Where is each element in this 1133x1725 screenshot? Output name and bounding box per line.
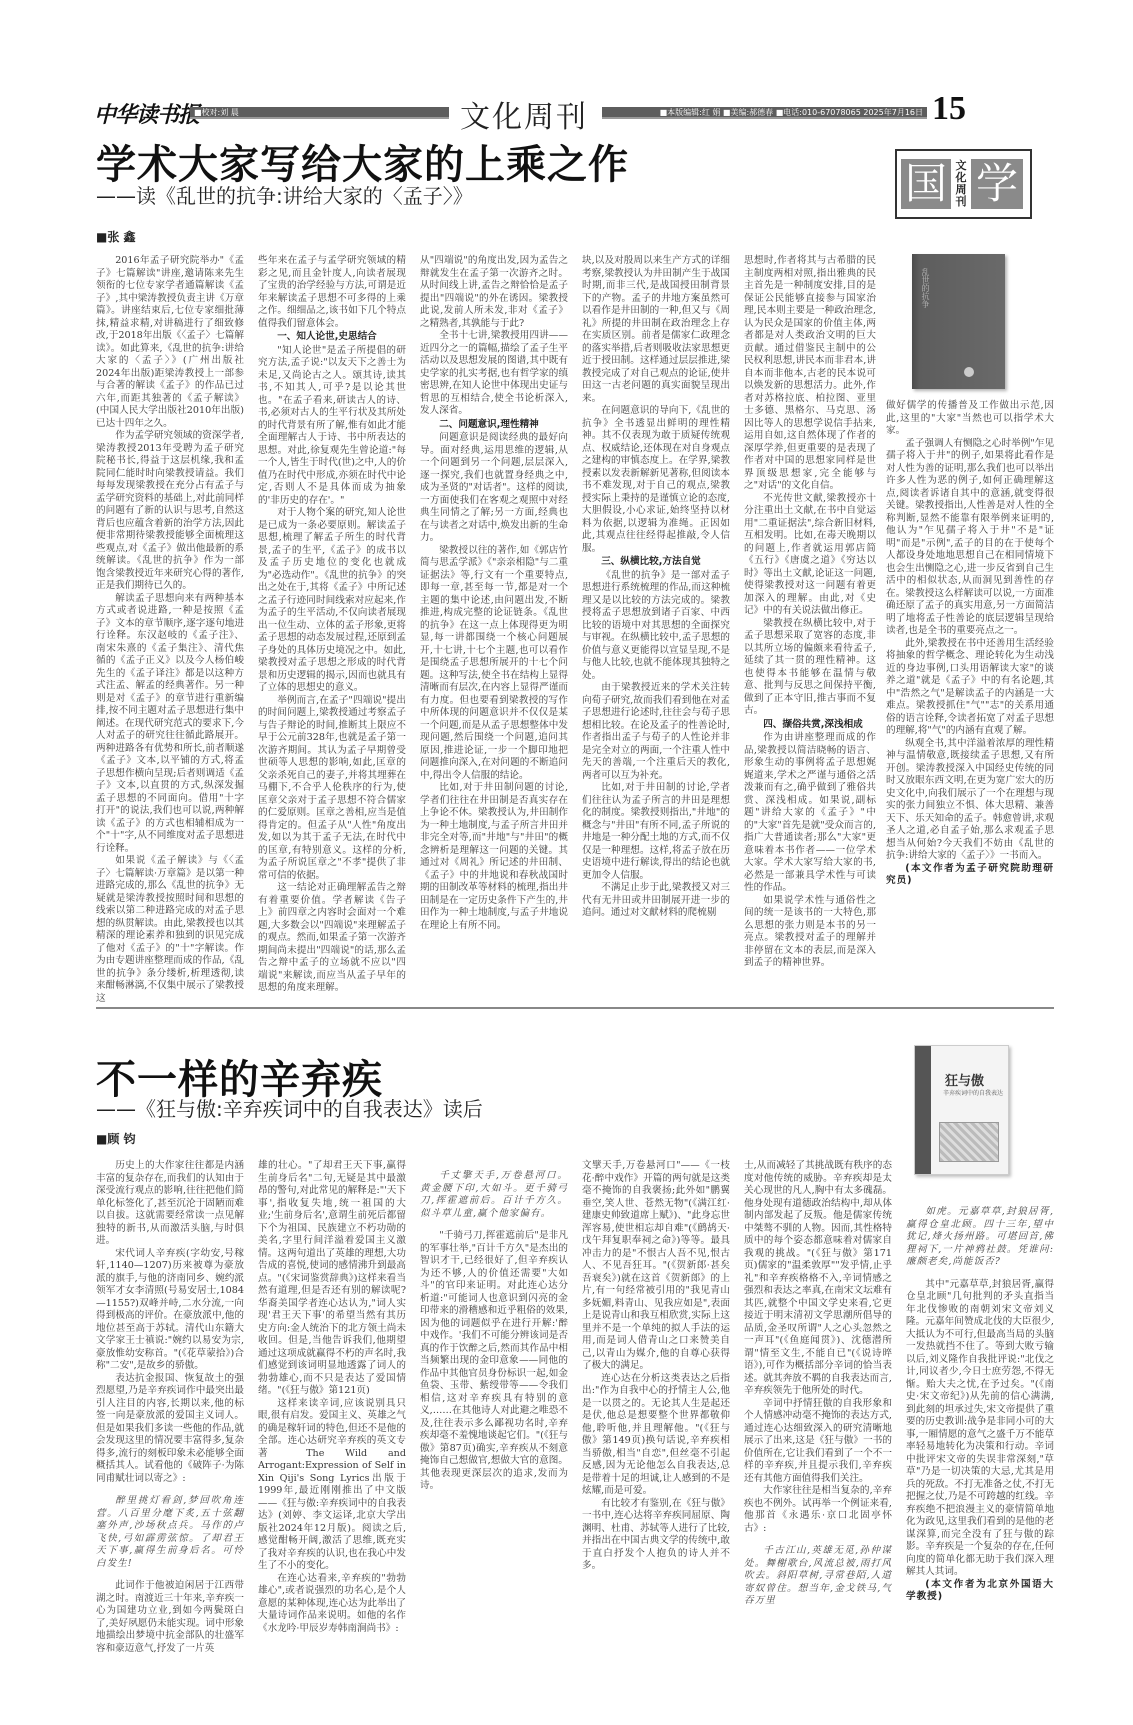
- book-cover-kuangyuao: 狂与傲 辛弃疾词中的自我表达: [914, 1045, 1009, 1175]
- article1-subhead: ——读《乱世的抗争:讲给大家的〈孟子〉》: [96, 180, 473, 209]
- logo-mid-char: 刊: [956, 196, 967, 208]
- paragraph: 《乱世的抗争》是一部对孟子思想进行系统梳理的作品,而这种梳理又是以比较的方法完成…: [582, 570, 730, 683]
- book-cover-pattern: [939, 1122, 999, 1162]
- paragraph: 不满足止步于此,梁教授又对三代有无井田或井田制展开进一步的追问。通过对文献材料的…: [582, 882, 730, 920]
- paragraph: 解读孟子思想向来有两种基本方式或者说进路,一种是按照《孟子》文本的章节顺序,逐字…: [96, 593, 244, 856]
- proofreader-bar: ■校对:刘 晨: [190, 107, 449, 119]
- logo-middle-text: 文 化 周 刊: [953, 160, 969, 208]
- masthead: 中华读书报 ■校对:刘 晨 文化周刊 ■本版编辑:红 娟 ■美编:郝德春 ■电话…: [94, 98, 1054, 128]
- poem-quote: 如虎。元嘉草草,封狼居胥,赢得仓皇北顾。四十三年,望中犹记,烽火扬州路。可堪回首…: [906, 1206, 1054, 1269]
- paragraph: 其中"元嘉草草,封狼居胥,赢得仓皇北顾"几句批判的矛头直指当年北伐惨败的南朝刘宋…: [906, 1279, 1054, 1579]
- paragraph: 纵观全书,其中洋溢着浓厚的理性精神与温情敬意,既接续孟子思想,又有所开创。梁涛教…: [886, 738, 1054, 863]
- book-cover-luanshi: 乱世的抗争: [912, 254, 1005, 389]
- book-cover-title: 乱世的抗争: [920, 268, 931, 308]
- poem-quote: 千丈擎天手,万卷悬河口。黄金腰下印,大如斗。更千骑弓刀,挥霍遮前后。百计千方久。…: [420, 1170, 568, 1220]
- paragraph: 比如,对于井田制的讨论,学者们往往认为孟子所言的井田是理想化的制度。梁教授则指出…: [582, 782, 730, 882]
- paragraph: 表达抗金报国、恢复故土的强烈愿望,乃是辛弃疾词作中最突出最引人注目的内容,长期以…: [96, 1373, 244, 1486]
- article1-byline: ■张 鑫: [96, 228, 136, 245]
- paragraph: 做好儒学的传播普及工作做出示范,因此,这里的"大家"当然也可以指学术大家。: [886, 400, 1054, 438]
- paragraph: 块,以及对殷周以来生产方式的详细考察,梁教授认为井田制产生于战国时期,而非三代,…: [582, 255, 730, 405]
- author-note: (本文作者为北京外国语大学教授): [906, 1579, 1054, 1604]
- logo-char-guo: 国: [901, 159, 951, 209]
- paragraph: 连心达在分析这类表达之后指出:"作为自我中心的抒情主人公,他是一以贯之的。无论其…: [582, 1373, 730, 1498]
- article2-column-5: 士,从而减轻了其挑战既有秩序的态度对他传统的威胁。辛弃疾却是太关心现世的凡人,胸…: [744, 1160, 892, 1618]
- paragraph: 这一结论对正确理解孟告之辩有着重要价值。学者解读《告子上》前四章之内容时会面对一…: [258, 882, 406, 995]
- paragraph: 有比较才有鉴别,在《狂与傲》一书中,连心达将辛弃疾同屈原、陶渊明、杜甫、苏轼等人…: [582, 1498, 730, 1573]
- newspaper-logo: 中华读书报: [94, 98, 199, 129]
- paragraph: 大作家往往是相当复杂的,辛弃疾也不例外。试再举一个例证来看,他那首《永遇乐·京口…: [744, 1485, 892, 1535]
- book-cover-subtitle: 辛弃疾词中的自我表达: [943, 1088, 1003, 1097]
- paragraph: 梁教授以往的著作,如《郭店竹简与思孟学派》《"亲亲相隐"与二重证据法》等,行文有…: [420, 545, 568, 783]
- paragraph: 2016年孟子研究院举办"《孟子》七篇解读"讲座,邀请陈来先生领衔的七位专家学者…: [96, 255, 244, 430]
- paragraph: 辛词中抒情狂傲的自我形象和个人情感冲动毫不掩饰的表达方式,通过连心达细致深入的研…: [744, 1398, 892, 1486]
- paragraph: 宋代词人辛弃疾(字幼安,号稼轩,1140—1207)历来被尊为豪放派的旗手,与他…: [96, 1248, 244, 1373]
- paragraph: 这样来读辛词,应该说别具只眼,很有启发。爱国主义、英雄之气的确是稼轩词的特色,但…: [258, 1398, 406, 1573]
- paragraph: 孟子强调人有恻隐之心时举例"乍见孺子将入于井"的例子,如果将此看作是对人性为善的…: [886, 438, 1054, 638]
- article1-column-6: 做好儒学的传播普及工作做出示范,因此,这里的"大家"当然也可以指学术大家。孟子强…: [886, 400, 1054, 888]
- article1-column-2: 些年来在孟子与孟学研究领域的精彩之见,而且金针度人,向读者展现了宝贵的治学经验与…: [258, 255, 406, 995]
- paragraph: 对于人物个案的研究,知人论世是已成为一条必要原则。解读孟子思想,梳理了解孟子所生…: [258, 507, 406, 695]
- paragraph: 问题意识是阅读经典的最好向导。面对经典,运用思维的逻辑,从一个问题到另一个问题,…: [420, 432, 568, 545]
- paragraph: "千骑弓刀,挥霍遮前后"是非凡的军事壮举,"百计千方久"是杰出的智识才干,已经很…: [420, 1230, 568, 1493]
- article2-column-3: 千丈擎天手,万卷悬河口。黄金腰下印,大如斗。更千骑弓刀,挥霍遮前后。百计千方久。…: [420, 1160, 568, 1493]
- section-heading: 二、问题意识,理性精神: [420, 419, 568, 432]
- article2-column-1: 历史上的大作家往往都是内涵丰富的复杂存在,而我们的认知由于深受流行观点的影响,往…: [96, 1160, 244, 1655]
- book-cover-title: 狂与傲: [945, 1070, 984, 1089]
- poem-quote: 醉里挑灯看剑,梦回吹角连营。八百里分麾下炙,五十弦翻塞外声,沙场秋点兵。马作的卢…: [96, 1495, 244, 1570]
- article2-column-6: 如虎。元嘉草草,封狼居胥,赢得仓皇北顾。四十三年,望中犹记,烽火扬州路。可堪回首…: [906, 1196, 1054, 1604]
- paragraph: 全书十七讲,梁教授用四讲——近四分之一的篇幅,描绘了孟子生平活动以及思想发展的图…: [420, 330, 568, 418]
- paragraph: 在问题意识的导向下,《乱世的抗争》全书透显出鲜明的理性精神。其不仅表现为敢于质疑…: [582, 405, 730, 555]
- article1-column-1: 2016年孟子研究院举办"《孟子》七篇解读"讲座,邀请陈来先生领衔的七位专家学者…: [96, 255, 244, 1005]
- paragraph: 比如,对于井田制问题的讨论,学者们往往在井田制是否真实存在上争论不休。梁教授认为…: [420, 782, 568, 932]
- paragraph: 此词作于他被迫闲居于江西带湖之时。南渡近三十年来,辛弃疾一心为国建功立业,到如今…: [96, 1580, 244, 1655]
- paragraph: 举例而言,在孟子"四端说"提出的时间问题上,梁教授通过考察孟子与告子辩论的时间,…: [258, 695, 406, 883]
- paragraph: 从"四端说"的角度出发,因为孟告之辩就发生在孟子第一次游齐之时。从时间线上讲,孟…: [420, 255, 568, 330]
- editor-info-bar: ■本版编辑:红 娟 ■美编:郝德春 ■电话:010-67078065 2025年…: [602, 107, 927, 119]
- section-heading: 三、纵横比较,方法自觉: [582, 556, 730, 569]
- article2-column-2: 雄的壮心。"了却君王天下事,赢得生前身后名"二句,无疑是其中最激昂的警句,对此常…: [258, 1160, 406, 1635]
- article1-column-3: 从"四端说"的角度出发,因为孟告之辩就发生在孟子第一次游齐之时。从时间线上讲,孟…: [420, 255, 568, 932]
- section-title: 文化周刊: [460, 92, 588, 136]
- paragraph: 在连心达看来,辛弃疾的"勃勃雄心",或者说强烈的功名心,是个人意愿的某种体现,连…: [258, 1573, 406, 1636]
- article2-column-4: 文擘天手,万卷悬河口"——《一枝花·醉中戏作》开篇的两句就是这类毫不掩饰的自我褒…: [582, 1160, 730, 1573]
- article1-column-5: 思想时,作者将其与古希腊的民主制度两相对照,指出雅典的民主首先是一种制度安排,目…: [744, 255, 876, 970]
- article2-subhead: ——《狂与傲:辛弃疾词中的自我表达》读后: [96, 1093, 483, 1122]
- paragraph: 士,从而减轻了其挑战既有秩序的态度对他传统的威胁。辛弃疾却是太关心现世的凡人,胸…: [744, 1160, 892, 1398]
- paragraph: 文擘天手,万卷悬河口"——《一枝花·醉中戏作》开篇的两句就是这类毫不掩饰的自我褒…: [582, 1160, 730, 1373]
- paragraph: 历史上的大作家往往都是内涵丰富的复杂存在,而我们的认知由于深受流行观点的影响,往…: [96, 1160, 244, 1248]
- paragraph: 作为孟学研究领域的资深学者,梁涛教授2013年受聘为孟子研究院秘书长,得益于这层…: [96, 430, 244, 593]
- page-number: 15: [932, 90, 966, 128]
- poem-quote: 千古江山,英雄无觅,孙仲谋处。舞榭歌台,风流总被,雨打风吹去。斜阳草树,寻常巷陌…: [744, 1545, 892, 1608]
- article2-byline: ■顾 钧: [96, 1130, 136, 1147]
- section-heading: 一、知人论世,史思结合: [258, 331, 406, 344]
- section-heading: 四、撷俗共赏,深浅相成: [744, 719, 876, 732]
- paragraph: 如果说学术性与通俗性之间的统一是该书的一大特色,那么思想的张力则是本书的另一亮点…: [744, 895, 876, 970]
- paragraph: 不光传世文献,梁教授亦十分注重出土文献,在书中自觉运用"二重证据法",综合新旧材…: [744, 493, 876, 618]
- paragraph: 作为由讲座整理而成的作品,梁教授以简洁晓畅的语言、形象生动的事例将孟子思想娓娓道…: [744, 732, 876, 895]
- publisher-logo-icon: [964, 367, 974, 377]
- paragraph: 思想时,作者将其与古希腊的民主制度两相对照,指出雅典的民主首先是一种制度安排,目…: [744, 255, 876, 493]
- paragraph: 如果说《孟子解读》与《〈孟子〉七篇解读·万章篇》是以第一种进路完成的,那么《乱世…: [96, 855, 244, 1005]
- book-spine: [915, 1046, 931, 1174]
- guoxue-section-logo: 国 文 化 周 刊 学: [895, 149, 1032, 219]
- article-divider: [96, 1007, 1054, 1009]
- paragraph: 些年来在孟子与孟学研究领域的精彩之见,而且金针度人,向读者展现了宝贵的治学经验与…: [258, 255, 406, 330]
- logo-char-xue: 学: [971, 159, 1023, 209]
- paragraph: 雄的壮心。"了却君王天下事,赢得生前身后名"二句,无疑是其中最激昂的警句,对此常…: [258, 1160, 406, 1398]
- paragraph: 由于梁教授近来的学术关注转向荀子研究,故而我们看到他在对孟子思想进行论述时,往往…: [582, 682, 730, 782]
- paragraph: 梁教授在纵横比较中,对于孟子思想采取了宽容的态度,非以其所立场的偏颇来看待孟子,…: [744, 618, 876, 718]
- author-note: (本文作者为孟子研究院助理研究员): [886, 863, 1054, 888]
- paragraph: "知人论世"是孟子所提倡的研究方法,孟子说:"以友天下之善士为未足,又尚论古之人…: [258, 345, 406, 508]
- article1-column-4: 块,以及对殷周以来生产方式的详细考察,梁教授认为井田制产生于战国时期,而非三代,…: [582, 255, 730, 920]
- paragraph: 此外,梁教授在书中还善用生活经验将抽象的哲学概念、理论转化为生动浅近的身边事例,…: [886, 638, 1054, 738]
